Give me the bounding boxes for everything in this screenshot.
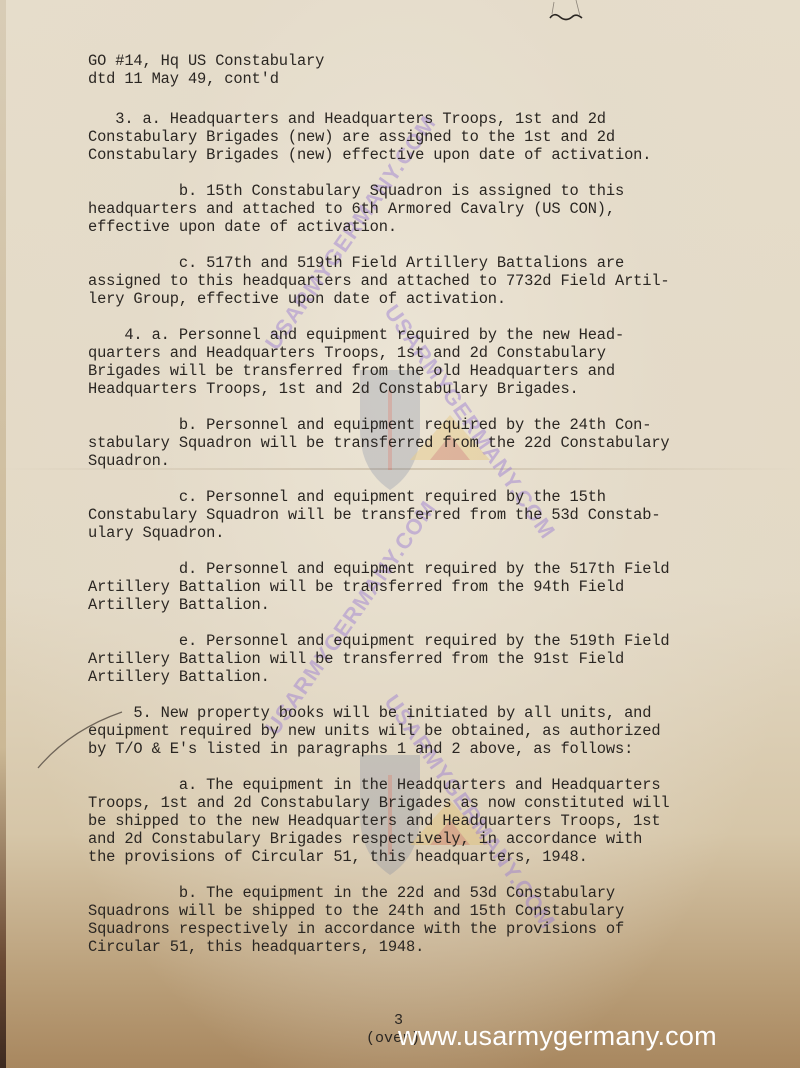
text-line: Headquarters Troops, 1st and 2d Constabu… — [88, 380, 768, 398]
paragraph-3b: b. 15th Constabulary Squadron is assigne… — [88, 182, 768, 236]
paragraph-3c: c. 517th and 519th Field Artillery Batta… — [88, 254, 768, 308]
text-line: Brigades will be transferred from the ol… — [88, 362, 768, 380]
text-line: c. Personnel and equipment required by t… — [88, 488, 768, 506]
header-line-order: GO #14, Hq US Constabulary — [88, 52, 768, 70]
text-line: 5. New property books will be initiated … — [88, 704, 768, 722]
paper-edge — [0, 0, 6, 1068]
text-line: Troops, 1st and 2d Constabulary Brigades… — [88, 794, 768, 812]
text-line: b. The equipment in the 22d and 53d Cons… — [88, 884, 768, 902]
paragraph-4d: d. Personnel and equipment required by t… — [88, 560, 768, 614]
text-line: assigned to this headquarters and attach… — [88, 272, 768, 290]
paragraph-3a: 3. a. Headquarters and Headquarters Troo… — [88, 110, 768, 164]
text-line: b. 15th Constabulary Squadron is assigne… — [88, 182, 768, 200]
pencil-scribble-mark — [520, 0, 590, 30]
text-line: Constabulary Brigades (new) are assigned… — [88, 128, 768, 146]
text-line: quarters and Headquarters Troops, 1st an… — [88, 344, 768, 362]
text-line: d. Personnel and equipment required by t… — [88, 560, 768, 578]
text-line: ulary Squadron. — [88, 524, 768, 542]
paragraph-5b: b. The equipment in the 22d and 53d Cons… — [88, 884, 768, 956]
text-line: b. Personnel and equipment required by t… — [88, 416, 768, 434]
text-line: Artillery Battalion. — [88, 668, 768, 686]
site-url-watermark: www.usarmygermany.com — [398, 1021, 717, 1052]
paragraph-4b: b. Personnel and equipment required by t… — [88, 416, 768, 470]
text-line: Squadrons will be shipped to the 24th an… — [88, 902, 768, 920]
text-line: Circular 51, this headquarters, 1948. — [88, 938, 768, 956]
text-line: e. Personnel and equipment required by t… — [88, 632, 768, 650]
text-line: be shipped to the new Headquarters and H… — [88, 812, 768, 830]
text-line: Artillery Battalion will be transferred … — [88, 650, 768, 668]
text-line: stabulary Squadron will be transferred f… — [88, 434, 768, 452]
typed-document: GO #14, Hq US Constabulary dtd 11 May 49… — [88, 52, 768, 974]
paragraph-4a: 4. a. Personnel and equipment required b… — [88, 326, 768, 398]
text-line: c. 517th and 519th Field Artillery Batta… — [88, 254, 768, 272]
text-line: Squadrons respectively in accordance wit… — [88, 920, 768, 938]
text-line: Artillery Battalion. — [88, 596, 768, 614]
text-line: Squadron. — [88, 452, 768, 470]
document-header: GO #14, Hq US Constabulary dtd 11 May 49… — [88, 52, 768, 88]
paragraph-5: 5. New property books will be initiated … — [88, 704, 768, 758]
text-line: Constabulary Squadron will be transferre… — [88, 506, 768, 524]
text-line: and 2d Constabulary Brigades respectivel… — [88, 830, 768, 848]
text-line: by T/O & E's listed in paragraphs 1 and … — [88, 740, 768, 758]
text-line: a. The equipment in the Headquarters and… — [88, 776, 768, 794]
header-line-date: dtd 11 May 49, cont'd — [88, 70, 768, 88]
text-line: Artillery Battalion will be transferred … — [88, 578, 768, 596]
paragraph-4c: c. Personnel and equipment required by t… — [88, 488, 768, 542]
text-line: Constabulary Brigades (new) effective up… — [88, 146, 768, 164]
text-line: 4. a. Personnel and equipment required b… — [88, 326, 768, 344]
paragraph-4e: e. Personnel and equipment required by t… — [88, 632, 768, 686]
text-line: equipment required by new units will be … — [88, 722, 768, 740]
text-line: 3. a. Headquarters and Headquarters Troo… — [88, 110, 768, 128]
text-line: the provisions of Circular 51, this head… — [88, 848, 768, 866]
text-line: lery Group, effective upon date of activ… — [88, 290, 768, 308]
text-line: headquarters and attached to 6th Armored… — [88, 200, 768, 218]
text-line: effective upon date of activation. — [88, 218, 768, 236]
paragraph-5a: a. The equipment in the Headquarters and… — [88, 776, 768, 866]
